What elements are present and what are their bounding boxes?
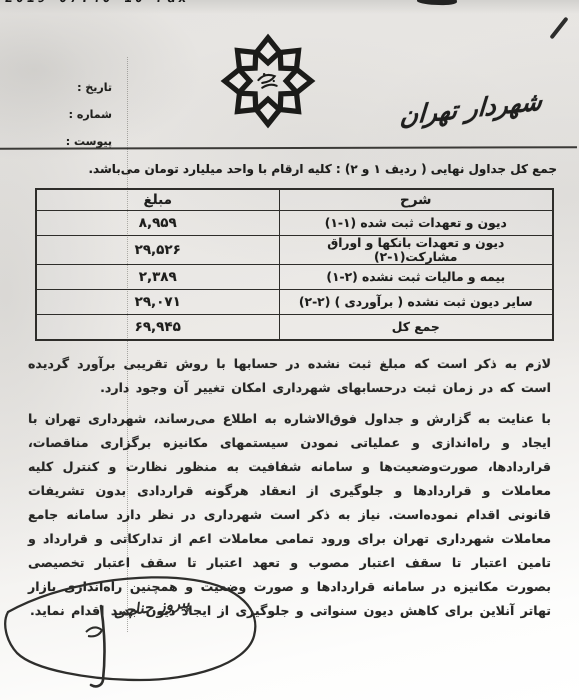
row-amount: ۲۹,۵۲۶ <box>36 236 279 265</box>
table-total-row: جمع کل ۶۹,۹۴۵ <box>36 315 553 341</box>
tehran-municipality-logo-icon <box>220 33 316 129</box>
table-header-row: شرح مبلغ <box>36 189 553 211</box>
row-amount: ۲۹,۰۷۱ <box>36 290 279 315</box>
table-row: دیون و تعهدات بانکها و اوراق مشارکت(۱-۲)… <box>36 236 553 265</box>
table-row: دیون و تعهدات ثبت شده (۱-۱) ۸,۹۵۹ <box>36 211 553 236</box>
signature-loop <box>5 577 255 680</box>
number-field-label: شماره : <box>48 101 112 128</box>
table-row: سایر دیون ثبت نشده ( برآوردی ) (۲-۲) ۲۹,… <box>36 290 553 315</box>
signature-flourish <box>86 627 102 636</box>
row-amount: ۲,۳۸۹ <box>36 265 279 290</box>
signature-name: پیروز حناچی <box>112 593 191 620</box>
attachment-field-label: پیوست : <box>48 128 112 155</box>
total-amount: ۶۹,۹۴۵ <box>36 315 279 341</box>
table-row: بیمه و مالیات ثبت نشده (۲-۱) ۲,۳۸۹ <box>36 265 553 290</box>
fax-header: 2019 07:40 10 Fax <box>0 0 579 9</box>
org-title: شهردار تهران <box>390 85 551 131</box>
total-label: جمع کل <box>279 315 553 341</box>
date-field-label: تاریخ : <box>48 74 112 101</box>
header-description: شرح <box>279 189 553 211</box>
row-description: سایر دیون ثبت نشده ( برآوردی ) (۲-۲) <box>279 290 553 315</box>
fax-header-smudge <box>417 0 457 6</box>
fax-timestamp: 2019 07:40 10 Fax <box>4 0 190 6</box>
letterhead-fields: تاریخ : شماره : پیوست : <box>48 74 112 155</box>
signature: پیروز حناچی <box>4 570 276 698</box>
totals-table: شرح مبلغ دیون و تعهدات ثبت شده (۱-۱) ۸,۹… <box>35 188 554 341</box>
pen-mark-icon <box>549 17 568 40</box>
row-description: دیون و تعهدات ثبت شده (۱-۱) <box>279 211 553 236</box>
row-description: بیمه و مالیات ثبت نشده (۲-۱) <box>279 265 553 290</box>
row-amount: ۸,۹۵۹ <box>36 211 279 236</box>
table-intro: جمع کل جداول نهایی ( ردیف ۱ و ۲) : کلیه … <box>88 162 557 176</box>
row-description: دیون و تعهدات بانکها و اوراق مشارکت(۱-۲) <box>279 236 553 265</box>
body-paragraph-1: لازم به ذکر است که مبلغ ثبت نشده در حساب… <box>28 352 551 400</box>
header-amount: مبلغ <box>36 189 279 211</box>
letterhead-rule <box>0 146 577 150</box>
signature-stroke <box>91 606 104 686</box>
scanned-letter-page: 2019 07:40 10 Fax شهردار تهران تاریخ : ش… <box>0 0 579 700</box>
